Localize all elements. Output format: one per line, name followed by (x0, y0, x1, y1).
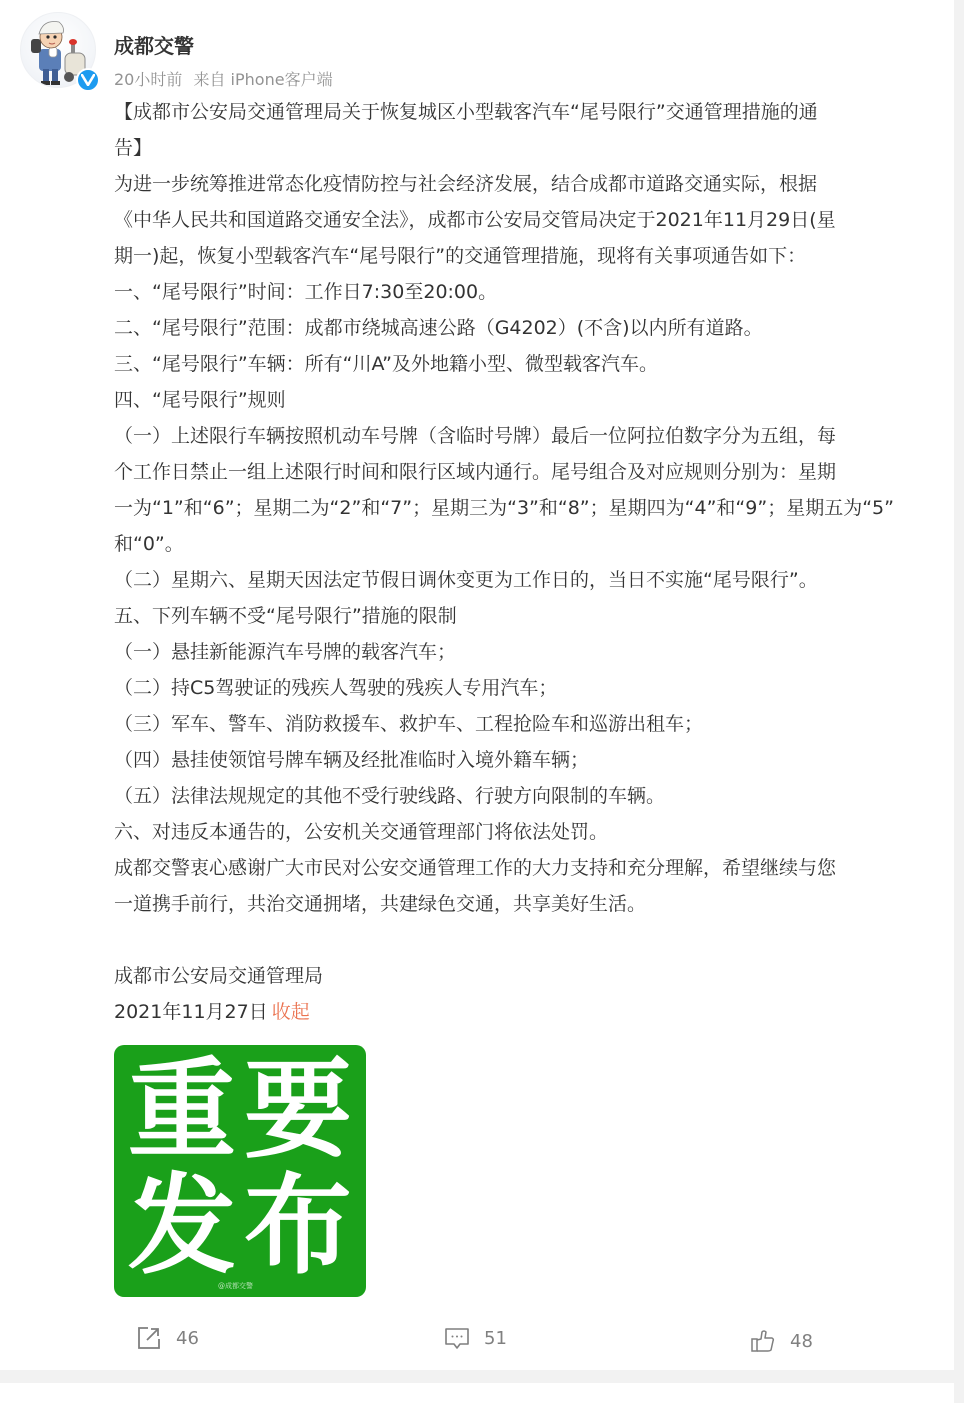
image-watermark: @成都交警 (218, 1281, 253, 1291)
exemption-item: （四）悬挂使领馆号牌车辆及经批准临时入境外籍车辆； (114, 742, 914, 778)
rule-sub-item: 个工作日禁止一组上述限行时间和限行区域内通行。尾号组合及对应规则分别为：星期 (114, 454, 914, 490)
spacer (114, 922, 914, 958)
poster-char: 要 (240, 1053, 356, 1169)
exemption-item: （一）悬挂新能源汽车号牌的载客汽车； (114, 634, 914, 670)
post-actions-bar: 46 51 48 (0, 1318, 954, 1358)
post-time[interactable]: 20小时前 (114, 70, 182, 89)
post-title-line: 告】 (114, 130, 914, 166)
post-title-line: 【成都市公安局交通管理局关于恢复城区小型载客汽车“尾号限行”交通管理措施的通 (114, 94, 914, 130)
closing-line: 成都交警衷心感谢广大市民对公安交通管理工作的大力支持和充分理解，希望继续与您 (114, 850, 914, 886)
author-name[interactable]: 成都交警 (114, 30, 194, 59)
exemption-heading: 五、下列车辆不受“尾号限行”措施的限制 (114, 598, 914, 634)
poster-char: 重 (124, 1053, 240, 1169)
collapse-link[interactable]: 收起 (272, 1001, 310, 1023)
thumbs-up-icon (750, 1328, 776, 1354)
post-body: 【成都市公安局交通管理局关于恢复城区小型载客汽车“尾号限行”交通管理措施的通 告… (114, 94, 914, 1030)
rule-sub-item: （一）上述限行车辆按照机动车号牌（含临时号牌）最后一位阿拉伯数字分为五组，每 (114, 418, 914, 454)
like-button[interactable]: 48 (750, 1321, 813, 1361)
next-post-card (0, 1383, 954, 1389)
intro-line: 为进一步统筹推进常态化疫情防控与社会经济发展，结合成都市道路交通实际，根据 (114, 166, 914, 202)
rule-item-time: 一、“尾号限行”时间：工作日7:30至20:00。 (114, 274, 914, 310)
share-icon (136, 1325, 162, 1351)
penalty-item: 六、对违反本通告的，公安机关交通管理部门将依法处罚。 (114, 814, 914, 850)
comment-button[interactable]: 51 (444, 1318, 507, 1358)
post-source: 来自 iPhone客户端 (193, 70, 332, 89)
post-image-important-notice[interactable]: 重 要 发 布 @成都交警 (114, 1045, 366, 1297)
rule-sub-item: 和“0”。 (114, 526, 914, 562)
verified-badge-icon (76, 68, 100, 92)
share-count: 46 (176, 1328, 199, 1349)
intro-line: 期一)起，恢复小型载客汽车“尾号限行”的交通管理措施，现将有关事项通告如下： (114, 238, 914, 274)
weibo-post-card: 成都交警 20小时前 来自 iPhone客户端 【成都市公安局交通管理局关于恢复… (0, 0, 954, 1370)
poster-text-grid: 重 要 发 布 (124, 1053, 356, 1285)
exemption-item: （二）持C5驾驶证的残疾人驾驶的残疾人专用汽车； (114, 670, 914, 706)
signature: 成都市公安局交通管理局 (114, 958, 914, 994)
comment-icon (444, 1325, 470, 1351)
intro-line: 《中华人民共和国道路交通安全法》，成都市公安局交管局决定于2021年11月29日… (114, 202, 914, 238)
date-line: 2021年11月27日收起 (114, 994, 914, 1030)
post-meta: 20小时前 来自 iPhone客户端 (114, 67, 339, 90)
author-avatar[interactable] (20, 12, 100, 92)
like-count: 48 (790, 1331, 813, 1352)
rule-item-rules-heading: 四、“尾号限行”规则 (114, 382, 914, 418)
closing-line: 一道携手前行，共治交通拥堵，共建绿色交通，共享美好生活。 (114, 886, 914, 922)
rule-item-range: 二、“尾号限行”范围：成都市绕城高速公路（G4202）(不含)以内所有道路。 (114, 310, 914, 346)
poster-char: 发 (124, 1169, 240, 1285)
comment-count: 51 (484, 1328, 507, 1349)
rule-sub-item: 一为“1”和“6”；星期二为“2”和“7”；星期三为“3”和“8”；星期四为“4… (114, 490, 914, 526)
poster-char: 布 (240, 1169, 356, 1285)
exemption-item: （三）军车、警车、消防救援车、救护车、工程抢险车和巡游出租车； (114, 706, 914, 742)
rule-sub-item: （二）星期六、星期天因法定节假日调休变更为工作日的，当日不实施“尾号限行”。 (114, 562, 914, 598)
share-button[interactable]: 46 (136, 1318, 199, 1358)
exemption-item: （五）法律法规规定的其他不受行驶线路、行驶方向限制的车辆。 (114, 778, 914, 814)
post-date: 2021年11月27日 (114, 1001, 268, 1023)
rule-item-vehicles: 三、“尾号限行”车辆：所有“川A”及外地籍小型、微型载客汽车。 (114, 346, 914, 382)
